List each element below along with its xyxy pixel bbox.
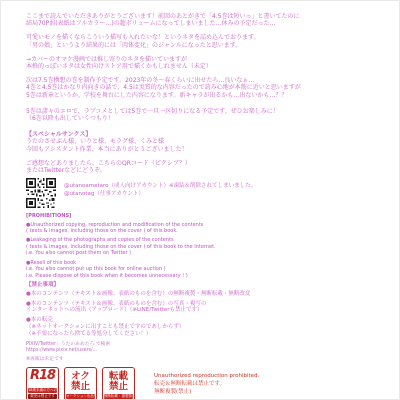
afterword-paragraph: ここまで読んでいただきありがとうございます！前回のあとがきで「4.5巻は短いっ」… — [26, 13, 385, 27]
special-thanks-section: 【スペシャルサンクス】 うたのさせぶん様、いりと様、モラグ様、くみと様 今回もア… — [26, 131, 385, 153]
text-line: Unauthorized reproduction prohibited. — [154, 372, 259, 380]
afterword-paragraph: 可愛いモノを描くならこういう描写も入れたいな！というネタを詰め込んでおります。 … — [26, 34, 385, 48]
text-line: 無断複製(禁止) — [154, 388, 259, 396]
prohibitions-japanese-section: 【禁止事項】 ●本のコンテンツ（テキスト＆画像、表紙のものを含む）の無断複製・無… — [26, 282, 385, 338]
text-line: （※不要になったら捨てる等処分してください！） — [26, 331, 385, 338]
text-line: （※ネットオークションに出すことも禁止ですのであしからず） — [26, 324, 385, 331]
prohibitions-english-section: [PROHIBITIONS] ●Unauthorized copying, re… — [26, 213, 385, 279]
text-line: 5巻は新章というか、学校を舞台にした内容になります。新キャラが出るかも…出ないか… — [26, 92, 385, 99]
prohibition-item: ●Resell of this book i.e. You also canno… — [26, 260, 385, 279]
prohibition-item: ●本のコンテンツ（テキスト＆画像、表紙のものを含む）の無断複製・無断転載・無断改… — [26, 291, 385, 298]
text-line: ※再販は未定です — [26, 357, 385, 363]
r18-stamp-label: R18 — [28, 369, 57, 387]
reproduction-warning-note: Unauthorized reproduction prohibited. 転売… — [154, 372, 259, 396]
warning-stamps-row: R18 18歳未満の方への 販売は禁止です オク 禁止 オークション出品禁止 転… — [26, 367, 385, 400]
no-auction-stamp: オク 禁止 オークション出品禁止 — [64, 367, 97, 400]
text-line: うたのさせぶん様、いりと様、モラグ様、くみと様 — [26, 138, 385, 145]
r18-stamp: R18 18歳未満の方への 販売は禁止です — [26, 367, 59, 400]
account-line: @utanoametaro（成人向けアカウント）※凍結＆削除されてしまいました。 — [64, 182, 256, 190]
text-line: 今回もアシスタント作業、本当にありがとうございました！ — [26, 146, 385, 153]
prohibition-item: ●本の転売 （※ネットオークションに出すことも禁止ですのであしからず） （※不要… — [26, 317, 385, 337]
text-line: 結局70P弱(表紙はフルカラー…)の超ボリュームになってしまいました…休みの予定… — [26, 20, 385, 27]
no-auction-stamp-bottom: 禁止 — [66, 382, 95, 393]
account-line: @utanotag（仕事アカウント） — [64, 190, 256, 198]
r18-stamp-bar2: 販売は禁止です — [28, 394, 57, 399]
prohibition-item: ●本のコンテンツ（テキスト＆画像、表紙のものを含む）の写真・複写の インターネッ… — [26, 301, 385, 315]
text-line: 可愛いモノを描くならこういう描写も入れたいな！というネタを詰め込んでおります。 — [26, 34, 385, 41]
text-line: 4巻と4.5巻はかなり内向きの話で、4.5は実質的な内容だったので読み心地が本筋… — [26, 84, 385, 91]
text-line: i.e. Please dispose of this book when it… — [26, 273, 385, 279]
publication-info: PIXIV/Twitter：うたのあめたろ で検索 https://www.pi… — [26, 342, 385, 362]
no-repost-stamp: 転載 禁止 無断転載・複製禁止 — [102, 367, 135, 400]
no-repost-stamp-bottom: 禁止 — [104, 382, 133, 393]
text-line: 5巻は諸々のエロで、ラブコメとしては5巻で一旦一区切りになる予定です。ぜひお楽し… — [26, 108, 385, 115]
text-line: インターネットへの流出（アップロード）（※LINE/Twitterも禁止です） — [26, 307, 385, 314]
text-line: i.e. You also cannot post them on Twitte… — [26, 250, 385, 256]
afterword-paragraph: →カバーのオマケ漫画では推し寄りのネタを描いていますが 本格的っぽいネタは女性向… — [26, 56, 385, 70]
text-line: 「男の娘」というより結果的には「肉体変化」のジャンルになったと思います。 — [26, 42, 385, 49]
text-line: 本格的っぽいネタは女性向けストア用で描くかもしれません（未定） — [26, 63, 385, 70]
qr-row: @utanoametaro（成人向けアカウント）※凍結＆削除されてしまいました。… — [26, 178, 385, 208]
afterword-page: ここまで読んでいただきありがとうございます！前回のあとがきで「4.5巻は短いっ」… — [0, 0, 400, 400]
text-line: ご感想などありましたら、こちらのQRコード（ピクシブ？） — [26, 160, 385, 167]
prohibition-item: ●Leakaging of the photographs and copies… — [26, 237, 385, 256]
afterword-paragraph: 5巻は諸々のエロで、ラブコメとしては5巻で一旦一区切りになる予定です。ぜひお楽し… — [26, 108, 385, 122]
no-repost-stamp-bar: 無断転載・複製禁止 — [104, 394, 133, 399]
afterword-paragraph: 次は7.5巻構想の巻を制作予定です。2023年の冬～春くらいに出せたら…良いなぁ… — [26, 77, 385, 99]
text-line: ●本の転売 — [26, 317, 385, 324]
no-auction-stamp-bar: オークション出品禁止 — [66, 394, 95, 399]
text-line: https://www.pixiv.net/users/… — [26, 348, 385, 354]
text-line: またはTwitterなどにどうぞ。 — [26, 167, 385, 174]
text-line: （6巻以降も出していくつもり） — [26, 115, 385, 122]
text-line: 転売＆無断転載は禁止です。 — [154, 380, 259, 388]
text-line: ●本のコンテンツ（テキスト＆画像、表紙のものを含む）の無断複製・無断転載・無断改… — [26, 291, 385, 298]
twitter-accounts: @utanoametaro（成人向けアカウント）※凍結＆削除されてしまいました。… — [64, 178, 256, 198]
text-line: →カバーのオマケ漫画では推し寄りのネタを描いていますが — [26, 56, 385, 63]
text-line: ( texts & images, including those on the… — [26, 228, 385, 234]
contact-section: ご感想などありましたら、こちらのQRコード（ピクシブ？） またはTwitterな… — [26, 160, 385, 174]
prohibitions-en-heading: [PROHIBITIONS] — [26, 213, 385, 219]
r18-stamp-bar1: 18歳未満の方への — [28, 388, 57, 393]
qr-code — [26, 178, 56, 208]
prohibition-item: ●Unauthorized copying, reproduction and … — [26, 222, 385, 235]
prohibitions-jp-heading: 【禁止事項】 — [26, 282, 385, 289]
